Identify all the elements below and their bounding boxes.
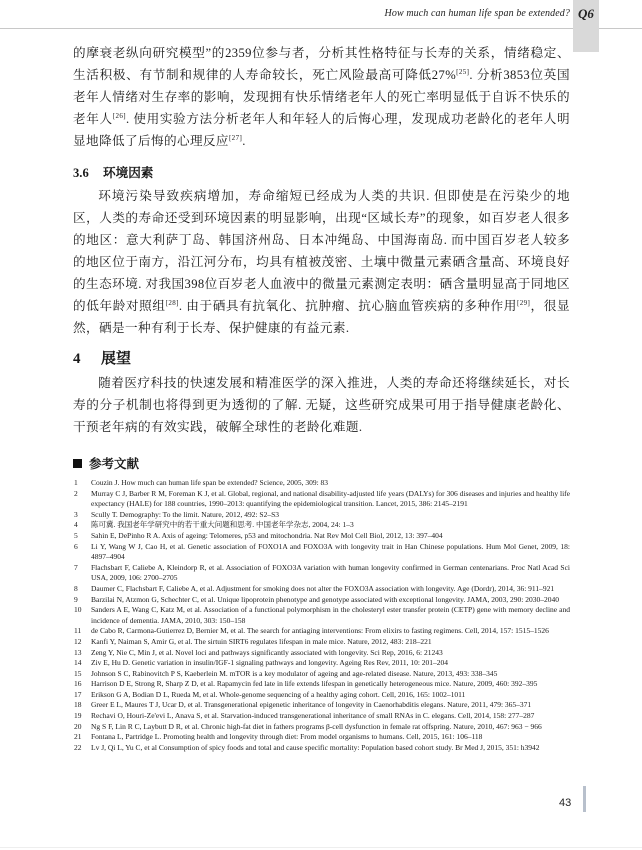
reference-number: 21 <box>73 732 91 743</box>
reference-text: Murray C J, Barber R M, Foreman K J, et … <box>91 489 570 510</box>
reference-text: Kanfi Y, Naiman S, Amir G, et al. The si… <box>91 637 570 648</box>
reference-item: 1Couzin J. How much can human life span … <box>73 478 570 489</box>
reference-item: 9Barzilai N, Atzmon G, Schechter C, et a… <box>73 595 570 606</box>
reference-number: 11 <box>73 626 91 637</box>
reference-text: Ng S F, Lin R C, Laybutt D R, et al. Chr… <box>91 722 570 733</box>
reference-item: 8Daumer C, Flachsbart F, Caliebe A, et a… <box>73 584 570 595</box>
section-number: 4 <box>73 351 101 368</box>
reference-number: 22 <box>73 743 91 754</box>
reference-number: 7 <box>73 563 91 584</box>
reference-item: 21Fontana L, Partridge L. Promoting heal… <box>73 732 570 743</box>
reference-item: 14Ziv E, Hu D. Genetic variation in insu… <box>73 658 570 669</box>
reference-item: 22Lv J, Qi L, Yu C, et al Consumption of… <box>73 743 570 754</box>
reference-text: Fontana L, Partridge L. Promoting health… <box>91 732 570 743</box>
reference-number: 15 <box>73 669 91 680</box>
reference-text: Erikson G A, Bodian D L, Rueda M, et al.… <box>91 690 570 701</box>
text-run: 环境污染导致疾病增加，寿命缩短已经成为人类的共识. 但即使是在污染少的地区，人类… <box>73 189 570 313</box>
reference-text: Zeng Y, Nie C, Min J, et al. Novel loci … <box>91 648 570 659</box>
reference-number: 20 <box>73 722 91 733</box>
reference-number: 18 <box>73 700 91 711</box>
text-run: . 由于硒具有抗氧化、抗肿瘤、抗心脑血管疾病的多种作用 <box>179 299 517 313</box>
reference-text: Johnson S C, Rabinovitch P S, Kaeberlein… <box>91 669 570 680</box>
reference-number: 6 <box>73 542 91 563</box>
reference-text: Scully T. Demography: To the limit. Natu… <box>91 510 570 521</box>
section-heading-4: 4展望 <box>73 347 570 368</box>
references-heading: 参考文献 <box>73 454 570 472</box>
citation-27[interactable]: [27] <box>229 134 242 142</box>
reference-number: 13 <box>73 648 91 659</box>
reference-text: Daumer C, Flachsbart F, Caliebe A, et al… <box>91 584 570 595</box>
reference-list: 1Couzin J. How much can human life span … <box>73 478 570 753</box>
section-heading-3-6: 3.6环境因素 <box>73 162 570 181</box>
square-bullet-icon <box>73 459 82 468</box>
reference-text: Barzilai N, Atzmon G, Schechter C, et al… <box>91 595 570 606</box>
reference-item: 12Kanfi Y, Naiman S, Amir G, et al. The … <box>73 637 570 648</box>
reference-text: Rechavi O, Houri-Ze'evi L, Anava S, et a… <box>91 711 570 722</box>
reference-number: 2 <box>73 489 91 510</box>
reference-number: 12 <box>73 637 91 648</box>
reference-item: 20Ng S F, Lin R C, Laybutt D R, et al. C… <box>73 722 570 733</box>
reference-item: 2Murray C J, Barber R M, Foreman K J, et… <box>73 489 570 510</box>
reference-number: 10 <box>73 605 91 626</box>
reference-number: 3 <box>73 510 91 521</box>
running-header: How much can human life span be extended… <box>0 0 642 29</box>
citation-26[interactable]: [26] <box>113 112 126 120</box>
reference-item: 5Sahin E, DePinho R A. Axis of ageing: T… <box>73 531 570 542</box>
reference-number: 5 <box>73 531 91 542</box>
reference-number: 8 <box>73 584 91 595</box>
reference-item: 6Li Y, Wang W J, Cao H, et al. Genetic a… <box>73 542 570 563</box>
reference-text: 陈可冀. 我国老年学研究中的若干重大问题和思考. 中国老年学杂志, 2004, … <box>91 520 570 531</box>
reference-number: 4 <box>73 520 91 531</box>
running-title: How much can human life span be extended… <box>385 8 570 19</box>
reference-number: 17 <box>73 690 91 701</box>
reference-text: Li Y, Wang W J, Cao H, et al. Genetic as… <box>91 542 570 563</box>
page-content: 的摩衰老纵向研究模型”的2359位参与者，分析其性格特征与长寿的关系，情绪稳定、… <box>73 42 570 753</box>
reference-item: 16Harrison D E, Strong R, Sharp Z D, et … <box>73 679 570 690</box>
question-tab-label: Q6 <box>573 6 599 22</box>
reference-item: 13Zeng Y, Nie C, Min J, et al. Novel loc… <box>73 648 570 659</box>
question-tab: Q6 <box>573 0 599 52</box>
reference-number: 1 <box>73 478 91 489</box>
reference-number: 19 <box>73 711 91 722</box>
text-run: . 使用实验方法分析老年人和年轻人的后悔心理，发现成功老龄化的老年人明显地降低了… <box>73 112 570 148</box>
reference-text: Flachsbart F, Caliebe A, Kleindorp R, et… <box>91 563 570 584</box>
reference-item: 15Johnson S C, Rabinovitch P S, Kaeberle… <box>73 669 570 680</box>
reference-item: 18Greer E L, Maures T J, Ucar D, et al. … <box>73 700 570 711</box>
reference-number: 16 <box>73 679 91 690</box>
reference-text: de Cabo R, Carmona-Gutierrez D, Bernier … <box>91 626 570 637</box>
reference-item: 7Flachsbart F, Caliebe A, Kleindorp R, e… <box>73 563 570 584</box>
reference-number: 14 <box>73 658 91 669</box>
reference-item: 4陈可冀. 我国老年学研究中的若干重大问题和思考. 中国老年学杂志, 2004,… <box>73 520 570 531</box>
references-title: 参考文献 <box>89 454 139 472</box>
reference-item: 19Rechavi O, Houri-Ze'evi L, Anava S, et… <box>73 711 570 722</box>
citation-28[interactable]: [28] <box>166 299 179 307</box>
paragraph-outlook: 随着医疗科技的快速发展和精准医学的深入推进，人类的寿命还将继续延长，对长寿的分子… <box>73 372 570 438</box>
reference-text: Greer E L, Maures T J, Ucar D, et al. Tr… <box>91 700 570 711</box>
reference-item: 3Scully T. Demography: To the limit. Nat… <box>73 510 570 521</box>
reference-item: 11de Cabo R, Carmona-Gutierrez D, Bernie… <box>73 626 570 637</box>
reference-item: 17Erikson G A, Bodian D L, Rueda M, et a… <box>73 690 570 701</box>
reference-text: Harrison D E, Strong R, Sharp Z D, et al… <box>91 679 570 690</box>
reference-text: Sanders A E, Wang C, Katz M, et al. Asso… <box>91 605 570 626</box>
citation-29[interactable]: [29] <box>517 299 530 307</box>
text-run: . <box>242 134 246 148</box>
page-bottom-edge <box>0 847 642 848</box>
page-number-bar <box>583 786 586 812</box>
section-title: 展望 <box>101 351 131 367</box>
paragraph-continued: 的摩衰老纵向研究模型”的2359位参与者，分析其性格特征与长寿的关系，情绪稳定、… <box>73 42 570 152</box>
page-number: 43 <box>559 797 571 809</box>
reference-item: 10Sanders A E, Wang C, Katz M, et al. As… <box>73 605 570 626</box>
reference-text: Lv J, Qi L, Yu C, et al Consumption of s… <box>91 743 570 754</box>
citation-25[interactable]: [25] <box>456 68 469 76</box>
section-title: 环境因素 <box>103 166 153 180</box>
section-number: 3.6 <box>73 166 103 181</box>
reference-text: Ziv E, Hu D. Genetic variation in insuli… <box>91 658 570 669</box>
paragraph-environment: 环境污染导致疾病增加，寿命缩短已经成为人类的共识. 但即使是在污染少的地区，人类… <box>73 185 570 339</box>
reference-text: Couzin J. How much can human life span b… <box>91 478 570 489</box>
reference-number: 9 <box>73 595 91 606</box>
reference-text: Sahin E, DePinho R A. Axis of ageing: Te… <box>91 531 570 542</box>
